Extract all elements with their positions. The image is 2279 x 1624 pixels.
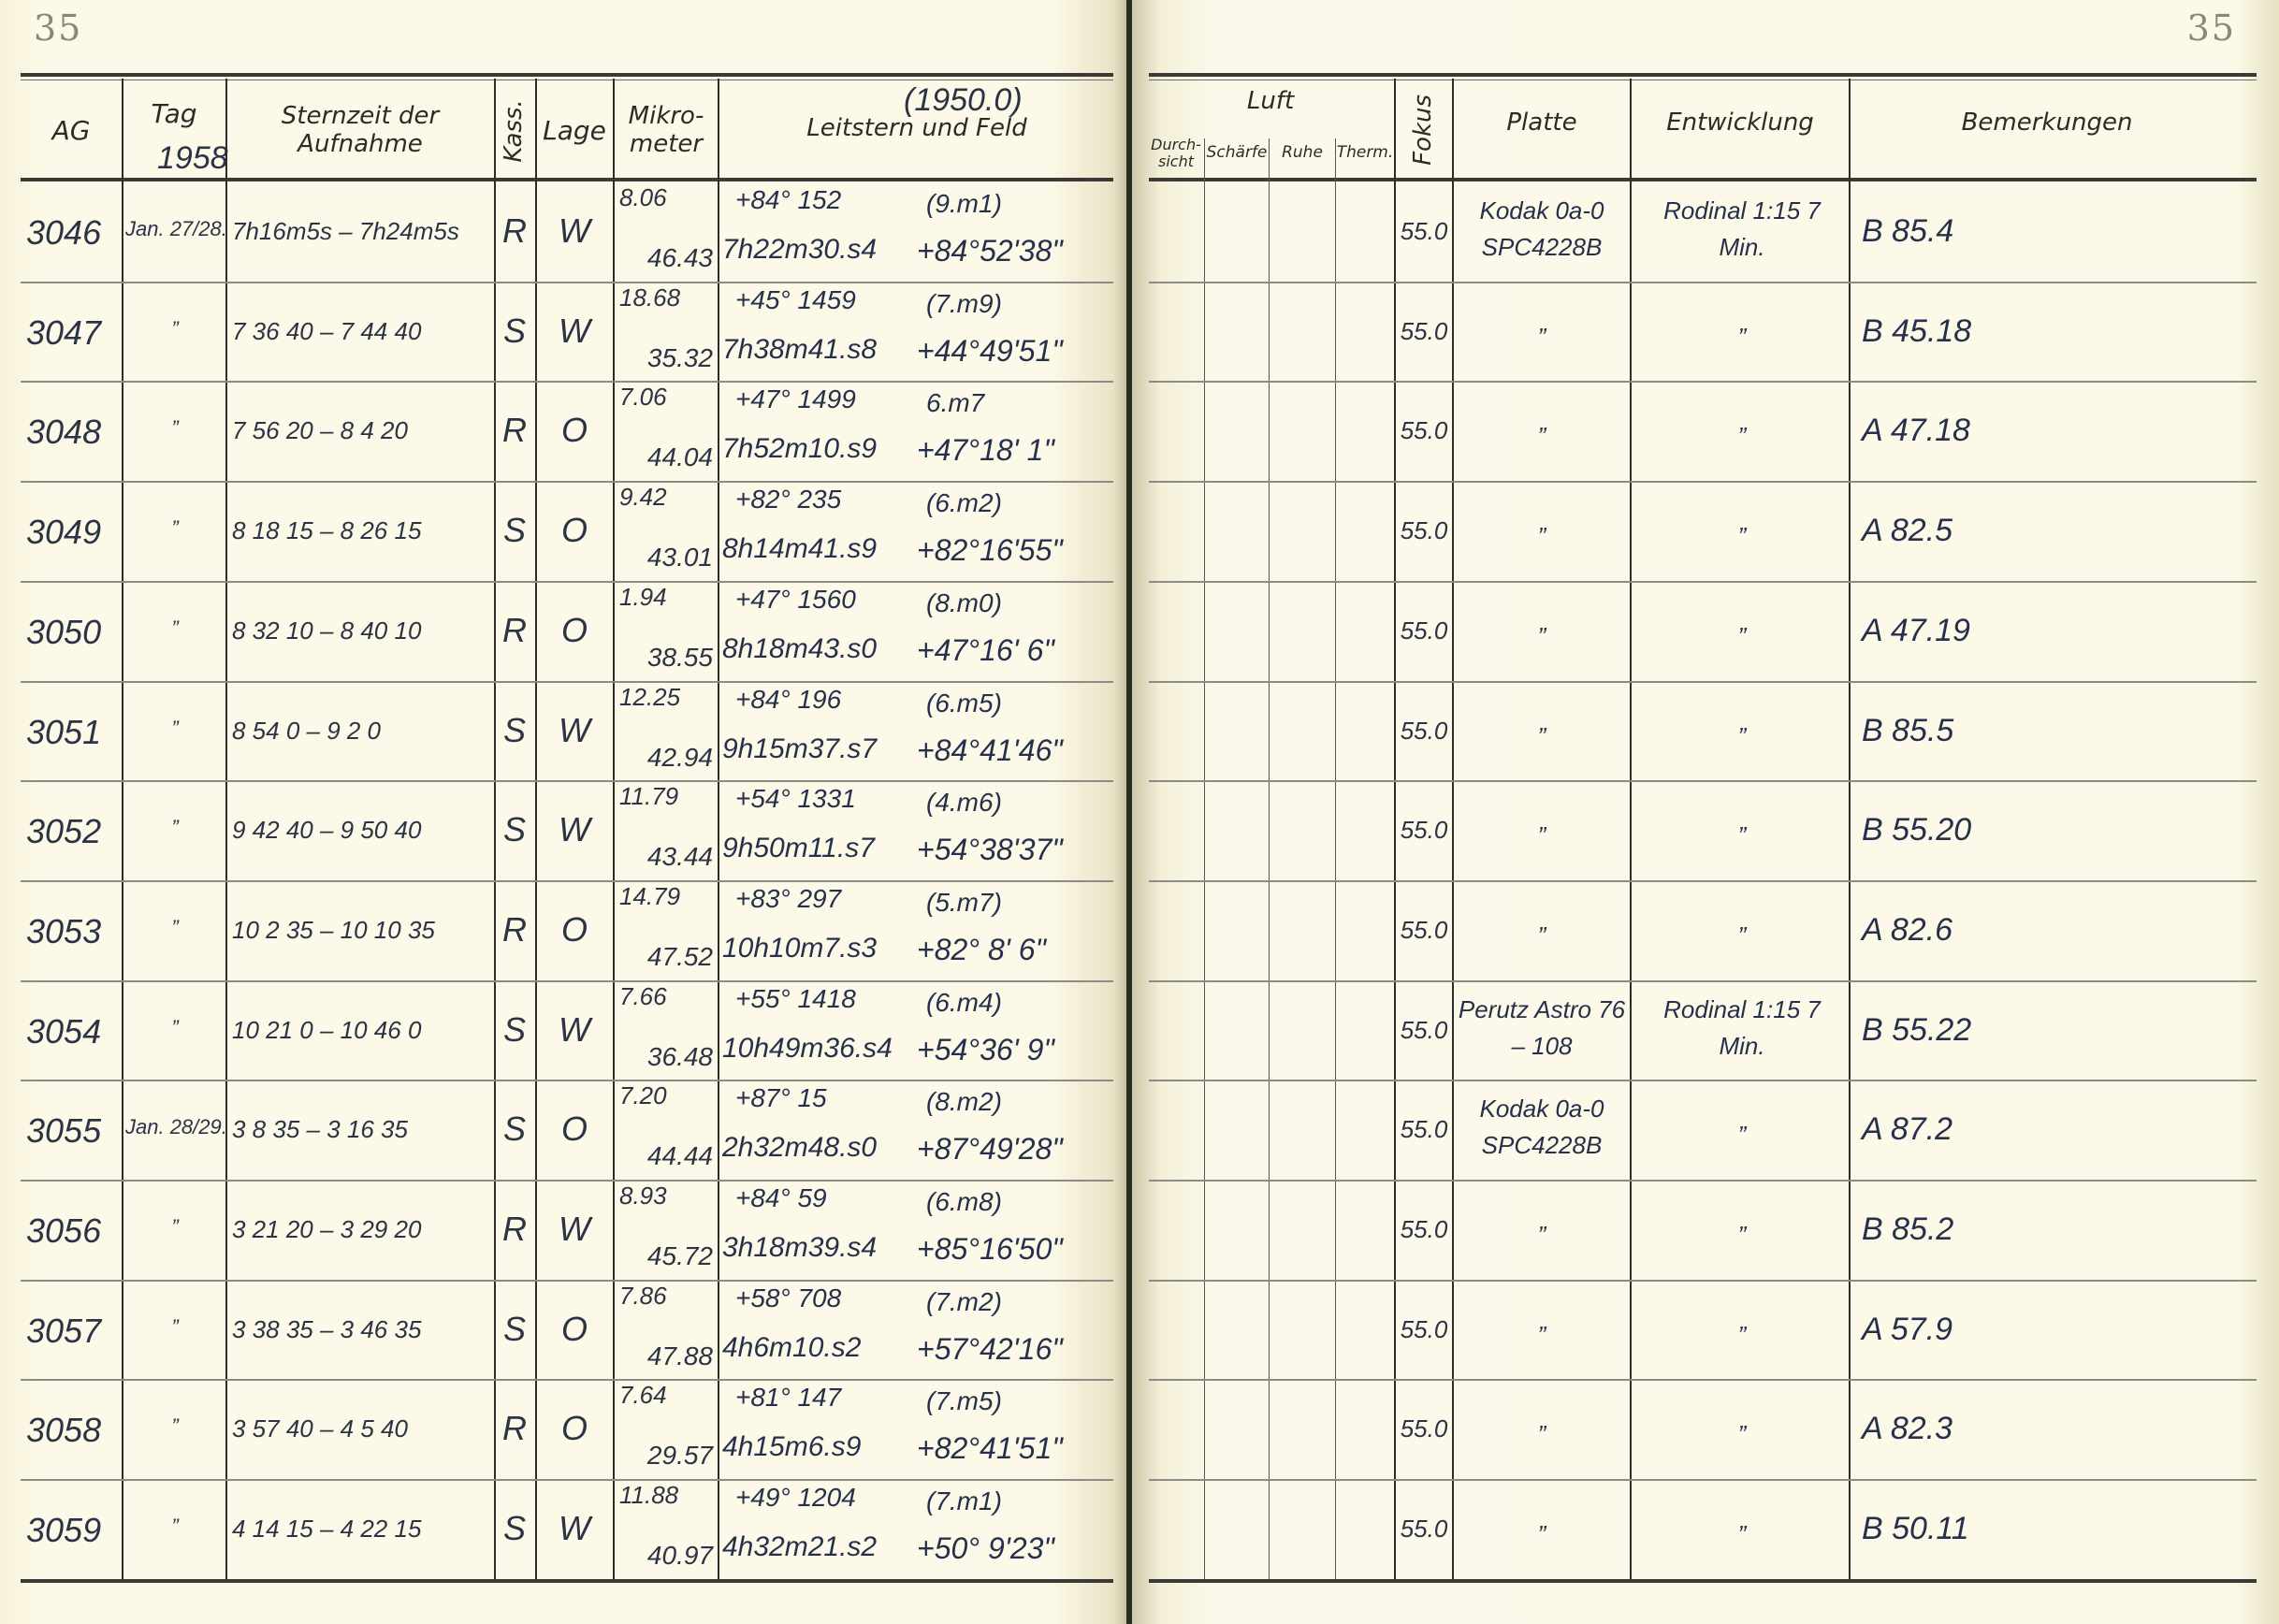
cell-leit-ra: 4h6m10.s2: [722, 1332, 861, 1364]
table-bottom-rule: [1149, 1579, 2257, 1583]
cell-kass: S: [496, 1109, 533, 1149]
cell-fokus: 55.0: [1396, 1515, 1452, 1544]
cell-lage: W: [537, 711, 612, 750]
cell-leit-dec: +85°16'50": [917, 1232, 1063, 1267]
cell-lage: O: [537, 611, 612, 650]
cell-ag: 3046: [26, 213, 120, 253]
col-divider: [718, 79, 719, 1581]
cell-platte: Perutz Astro 76 – 108: [1456, 992, 1628, 1065]
cell-sternzeit: 10 21 0 – 10 46 0: [232, 1016, 492, 1045]
cell-ag: 3049: [26, 513, 120, 552]
cell-tag: Jan. 27/28.: [125, 217, 225, 241]
cell-lage: W: [537, 211, 612, 251]
col-divider: [1630, 79, 1632, 1581]
left-page: 35 AG Tag 1958 Sternzeit der Aufnahme Ka…: [0, 0, 1126, 1624]
header-entwicklung: Entwicklung: [1632, 86, 1849, 161]
cell-leit-bd: +84° 59: [735, 1183, 827, 1213]
cell-tag: ”: [125, 1414, 225, 1439]
row-divider: [21, 1280, 1113, 1282]
cell-leit-bd: +55° 1418: [735, 984, 856, 1014]
row-divider: [21, 1080, 1113, 1081]
cell-leit-ra: 9h50m11.s7: [722, 833, 875, 864]
cell-leit-ra: 4h15m6.s9: [722, 1431, 861, 1463]
cell-leit-mag: (6.m8): [926, 1187, 1002, 1217]
row-divider: [21, 980, 1113, 982]
cell-lage: O: [537, 411, 612, 450]
cell-sternzeit: 7h16m5s – 7h24m5s: [232, 217, 492, 246]
row-divider: [1149, 481, 2257, 483]
header-mikrometer: Mikro- meter: [616, 86, 717, 176]
cell-bemerkungen: A 82.5: [1862, 513, 1952, 549]
row-divider: [21, 681, 1113, 683]
cell-kass: S: [496, 1509, 533, 1548]
cell-ag: 3052: [26, 812, 120, 851]
cell-mikro-bottom: 43.01: [634, 543, 713, 573]
header-fokus-label: Fokus: [1410, 94, 1438, 166]
cell-fokus: 55.0: [1396, 717, 1452, 746]
cell-ag: 3056: [26, 1211, 120, 1251]
cell-entwicklung: ”: [1637, 418, 1847, 455]
cell-lage: W: [537, 1509, 612, 1548]
cell-sternzeit: 3 21 20 – 3 29 20: [232, 1215, 492, 1244]
cell-mikro-bottom: 47.88: [634, 1341, 713, 1371]
header-sternzeit: Sternzeit der Aufnahme: [228, 86, 492, 176]
cell-sternzeit: 8 18 15 – 8 26 15: [232, 516, 492, 545]
row-divider: [1149, 282, 2257, 283]
row-divider: [21, 1180, 1113, 1182]
cell-bemerkungen: A 47.18: [1862, 413, 1970, 449]
cell-entwicklung: ”: [1637, 1317, 1847, 1354]
header-top-rule: [21, 73, 1113, 77]
row-divider: [21, 880, 1113, 882]
cell-mikro-top: 9.42: [619, 483, 667, 512]
cell-leit-bd: +49° 1204: [735, 1483, 856, 1513]
row-divider: [1149, 1180, 2257, 1182]
cell-mikro-bottom: 38.55: [634, 643, 713, 673]
row-divider: [1149, 381, 2257, 383]
cell-sternzeit: 10 2 35 – 10 10 35: [232, 916, 492, 945]
cell-entwicklung: ”: [1637, 1217, 1847, 1254]
cell-platte: ”: [1456, 1217, 1628, 1254]
cell-ag: 3048: [26, 413, 120, 452]
col-divider: [1849, 79, 1851, 1581]
cell-leit-dec: +44°49'51": [917, 334, 1063, 369]
cell-kass: R: [496, 611, 533, 650]
cell-platte: ”: [1456, 319, 1628, 355]
cell-leit-mag: (8.m2): [926, 1087, 1002, 1117]
cell-leit-dec: +84°52'38": [917, 234, 1063, 268]
cell-leit-ra: 7h22m30.s4: [722, 234, 877, 266]
cell-lage: O: [537, 1409, 612, 1448]
cell-leit-ra: 10h10m7.s3: [722, 933, 877, 964]
right-page: 35 Luft Durch- sicht Schärfe Ruhe Therm.…: [1132, 0, 2279, 1624]
header-fokus: Fokus: [1396, 84, 1452, 176]
cell-leit-ra: 8h18m43.s0: [722, 633, 877, 665]
cell-lage: O: [537, 910, 612, 950]
cell-kass: R: [496, 211, 533, 251]
col-divider: [1452, 79, 1454, 1581]
cell-kass: S: [496, 511, 533, 550]
cell-leit-mag: (6.m4): [926, 988, 1002, 1018]
cell-bemerkungen: B 45.18: [1862, 313, 1971, 350]
cell-kass: S: [496, 1010, 533, 1050]
cell-leit-bd: +84° 196: [735, 685, 841, 715]
row-divider: [1149, 681, 2257, 683]
cell-leit-dec: +82° 8' 6": [917, 933, 1046, 967]
cell-leit-ra: 10h49m36.s4: [722, 1033, 893, 1065]
cell-lage: W: [537, 312, 612, 351]
header-bottom-rule: [1149, 178, 2257, 181]
cell-platte: ”: [1456, 1516, 1628, 1553]
cell-fokus: 55.0: [1396, 1315, 1452, 1344]
cell-leit-bd: +81° 147: [735, 1383, 841, 1413]
header-bottom-rule: [21, 178, 1113, 181]
header-epoch: (1950.0): [904, 82, 1023, 119]
cell-sternzeit: 3 8 35 – 3 16 35: [232, 1115, 492, 1144]
cell-platte: ”: [1456, 618, 1628, 655]
cell-leit-mag: (9.m1): [926, 189, 1002, 219]
cell-sternzeit: 7 36 40 – 7 44 40: [232, 317, 492, 346]
header-ruhe: Ruhe: [1270, 129, 1334, 178]
cell-platte: ”: [1456, 818, 1628, 854]
header-platte: Platte: [1454, 86, 1630, 161]
cell-entwicklung: ”: [1637, 818, 1847, 854]
cell-kass: S: [496, 810, 533, 849]
cell-mikro-top: 11.88: [619, 1481, 678, 1510]
cell-bemerkungen: B 85.2: [1862, 1211, 1953, 1248]
cell-mikro-top: 14.79: [619, 882, 680, 911]
cell-mikro-top: 18.68: [619, 283, 680, 312]
cell-fokus: 55.0: [1396, 916, 1452, 945]
cell-entwicklung: Rodinal 1:15 7 Min.: [1637, 193, 1847, 266]
header-ag: AG: [21, 86, 122, 176]
cell-bemerkungen: B 55.22: [1862, 1012, 1971, 1049]
cell-leit-ra: 8h14m41.s9: [722, 533, 877, 565]
cell-tag: ”: [125, 317, 225, 341]
cell-leit-ra: 7h38m41.s8: [722, 334, 877, 366]
cell-ag: 3050: [26, 613, 120, 652]
cell-kass: S: [496, 1310, 533, 1349]
cell-leit-mag: (7.m9): [926, 289, 1002, 319]
cell-kass: R: [496, 1409, 533, 1448]
cell-leit-mag: (4.m6): [926, 788, 1002, 818]
cell-mikro-bottom: 45.72: [634, 1241, 713, 1271]
cell-mikro-bottom: 40.97: [634, 1541, 713, 1571]
cell-ag: 3051: [26, 713, 120, 752]
col-divider: [613, 79, 615, 1581]
cell-mikro-bottom: 46.43: [634, 243, 713, 273]
cell-bemerkungen: B 85.4: [1862, 213, 1953, 250]
cell-leit-dec: +87°49'28": [917, 1132, 1063, 1167]
row-divider: [1149, 780, 2257, 782]
cell-leit-bd: +54° 1331: [735, 784, 856, 814]
cell-ag: 3047: [26, 313, 120, 353]
cell-lage: O: [537, 511, 612, 550]
cell-leit-bd: +87° 15: [735, 1083, 827, 1113]
cell-lage: W: [537, 810, 612, 849]
cell-sternzeit: 7 56 20 – 8 4 20: [232, 416, 492, 445]
cell-entwicklung: ”: [1637, 1117, 1847, 1153]
cell-mikro-bottom: 43.44: [634, 842, 713, 872]
cell-mikro-top: 7.06: [619, 383, 667, 412]
cell-leit-dec: +47°18' 1": [917, 433, 1054, 468]
cell-leit-bd: +84° 152: [735, 185, 841, 215]
cell-leit-dec: +84°41'46": [917, 733, 1063, 768]
row-divider: [1149, 1379, 2257, 1381]
cell-fokus: 55.0: [1396, 1115, 1452, 1144]
cell-bemerkungen: A 87.2: [1862, 1111, 1952, 1148]
header-tag-year: 1958: [157, 140, 228, 177]
row-divider: [21, 780, 1113, 782]
row-divider: [1149, 1080, 2257, 1081]
cell-lage: W: [537, 1010, 612, 1050]
cell-mikro-top: 12.25: [619, 683, 680, 712]
cell-leit-mag: (6.m2): [926, 488, 1002, 518]
cell-kass: R: [496, 910, 533, 950]
cell-fokus: 55.0: [1396, 1414, 1452, 1443]
row-divider: [21, 481, 1113, 483]
cell-sternzeit: 3 57 40 – 4 5 40: [232, 1414, 492, 1443]
cell-mikro-top: 8.06: [619, 183, 667, 212]
cell-leit-mag: (7.m5): [926, 1386, 1002, 1416]
cell-mikro-top: 8.93: [619, 1182, 667, 1211]
cell-tag: ”: [125, 816, 225, 840]
cell-bemerkungen: A 82.6: [1862, 912, 1952, 949]
header-top-rule: [1149, 73, 2257, 77]
header-kass-label: Kass.: [501, 99, 529, 162]
cell-fokus: 55.0: [1396, 217, 1452, 246]
header-kass: Kass.: [496, 86, 533, 176]
row-divider: [1149, 581, 2257, 583]
cell-entwicklung: ”: [1637, 1516, 1847, 1553]
cell-platte: ”: [1456, 718, 1628, 755]
cell-entwicklung: ”: [1637, 518, 1847, 555]
cell-mikro-top: 7.86: [619, 1282, 667, 1311]
cell-fokus: 55.0: [1396, 816, 1452, 845]
cell-ag: 3059: [26, 1511, 120, 1550]
cell-ag: 3055: [26, 1111, 120, 1151]
header-durchsicht: Durch- sicht: [1149, 129, 1203, 178]
col-divider: [1269, 138, 1270, 1581]
cell-leit-bd: +83° 297: [735, 884, 841, 914]
cell-fokus: 55.0: [1396, 1215, 1452, 1244]
header-tag: Tag: [123, 86, 225, 142]
cell-bemerkungen: B 50.11: [1862, 1511, 1969, 1547]
cell-kass: S: [496, 711, 533, 750]
cell-mikro-top: 11.79: [619, 782, 678, 811]
cell-fokus: 55.0: [1396, 416, 1452, 445]
cell-kass: S: [496, 312, 533, 351]
cell-ag: 3054: [26, 1012, 120, 1051]
cell-lage: O: [537, 1109, 612, 1149]
cell-mikro-bottom: 42.94: [634, 743, 713, 773]
cell-leit-dec: +82°16'55": [917, 533, 1063, 568]
col-divider: [1204, 138, 1205, 1581]
cell-sternzeit: 3 38 35 – 3 46 35: [232, 1315, 492, 1344]
row-divider: [21, 1479, 1113, 1481]
cell-ag: 3058: [26, 1411, 120, 1450]
cell-bemerkungen: A 57.9: [1862, 1312, 1952, 1348]
cell-leit-dec: +57°42'16": [917, 1332, 1063, 1367]
cell-leit-bd: +45° 1459: [735, 285, 856, 315]
cell-mikro-top: 7.64: [619, 1381, 667, 1410]
cell-platte: Kodak 0a-0 SPC4228B: [1456, 193, 1628, 266]
cell-tag: ”: [125, 1215, 225, 1240]
cell-bemerkungen: A 47.19: [1862, 613, 1970, 649]
cell-mikro-bottom: 47.52: [634, 942, 713, 972]
cell-mikro-top: 1.94: [619, 583, 667, 612]
cell-entwicklung: ”: [1637, 918, 1847, 954]
header-bemerkungen: Bemerkungen: [1851, 86, 2243, 161]
cell-mikro-top: 7.20: [619, 1081, 667, 1110]
row-divider: [1149, 880, 2257, 882]
cell-fokus: 55.0: [1396, 616, 1452, 645]
cell-leit-dec: +82°41'51": [917, 1431, 1063, 1466]
cell-tag: ”: [125, 717, 225, 741]
cell-leit-ra: 7h52m10.s9: [722, 433, 877, 465]
col-divider: [1335, 138, 1336, 1581]
cell-bemerkungen: B 85.5: [1862, 713, 1953, 749]
cell-leit-dec: +47°16' 6": [917, 633, 1054, 668]
cell-sternzeit: 8 32 10 – 8 40 10: [232, 616, 492, 645]
cell-fokus: 55.0: [1396, 317, 1452, 346]
cell-leit-mag: (7.m2): [926, 1287, 1002, 1317]
cell-platte: Kodak 0a-0 SPC4228B: [1456, 1091, 1628, 1164]
cell-leit-ra: 4h32m21.s2: [722, 1531, 877, 1563]
header-schaerfe: Schärfe: [1205, 129, 1269, 178]
cell-sternzeit: 8 54 0 – 9 2 0: [232, 717, 492, 746]
cell-tag: ”: [125, 1315, 225, 1340]
cell-bemerkungen: A 82.3: [1862, 1411, 1952, 1447]
col-divider: [122, 79, 123, 1581]
row-divider: [21, 581, 1113, 583]
cell-mikro-bottom: 36.48: [634, 1042, 713, 1072]
cell-entwicklung: ”: [1637, 319, 1847, 355]
cell-leit-ra: 2h32m48.s0: [722, 1132, 877, 1164]
cell-mikro-bottom: 44.44: [634, 1141, 713, 1171]
cell-leit-ra: 9h15m37.s7: [722, 733, 877, 765]
table-bottom-rule: [21, 1579, 1113, 1583]
cell-tag: ”: [125, 1515, 225, 1539]
row-divider: [21, 381, 1113, 383]
cell-leit-mag: (5.m7): [926, 888, 1002, 918]
cell-lage: O: [537, 1310, 612, 1349]
cell-entwicklung: ”: [1637, 618, 1847, 655]
cell-bemerkungen: B 55.20: [1862, 812, 1971, 848]
page-number-right: 35: [2187, 7, 2236, 49]
row-divider: [21, 1379, 1113, 1381]
page-number-left: 35: [34, 7, 82, 49]
row-divider: [1149, 1479, 2257, 1481]
cell-platte: ”: [1456, 418, 1628, 455]
cell-lage: W: [537, 1210, 612, 1249]
cell-entwicklung: ”: [1637, 718, 1847, 755]
cell-leit-bd: +82° 235: [735, 485, 841, 515]
header-top-rule-thin: [21, 80, 1113, 80]
cell-leit-bd: +58° 708: [735, 1283, 841, 1313]
cell-platte: ”: [1456, 518, 1628, 555]
cell-fokus: 55.0: [1396, 516, 1452, 545]
cell-leit-ra: 3h18m39.s4: [722, 1232, 877, 1264]
header-therm: Therm.: [1336, 129, 1394, 178]
cell-entwicklung: ”: [1637, 1416, 1847, 1453]
header-luft: Luft: [1149, 82, 1392, 122]
header-top-rule-thin: [1149, 80, 2257, 80]
cell-platte: ”: [1456, 1416, 1628, 1453]
col-divider: [225, 79, 227, 1581]
cell-leit-mag: (8.m0): [926, 588, 1002, 618]
cell-kass: R: [496, 1210, 533, 1249]
cell-mikro-bottom: 35.32: [634, 343, 713, 373]
cell-leit-mag: (7.m1): [926, 1486, 1002, 1516]
cell-sternzeit: 9 42 40 – 9 50 40: [232, 816, 492, 845]
cell-leit-dec: +54°36' 9": [917, 1033, 1054, 1067]
header-lage: Lage: [537, 86, 612, 176]
cell-ag: 3057: [26, 1312, 120, 1351]
row-divider: [21, 282, 1113, 283]
cell-tag: ”: [125, 616, 225, 641]
cell-ag: 3053: [26, 912, 120, 951]
cell-tag: ”: [125, 916, 225, 940]
cell-leit-dec: +50° 9'23": [917, 1531, 1054, 1566]
cell-leit-mag: 6.m7: [926, 388, 984, 418]
cell-mikro-bottom: 44.04: [634, 442, 713, 472]
cell-mikro-bottom: 29.57: [634, 1441, 713, 1471]
cell-sternzeit: 4 14 15 – 4 22 15: [232, 1515, 492, 1544]
cell-leit-dec: +54°38'37": [917, 833, 1063, 867]
row-divider: [1149, 1280, 2257, 1282]
cell-platte: ”: [1456, 918, 1628, 954]
cell-tag: ”: [125, 416, 225, 441]
row-divider: [1149, 980, 2257, 982]
cell-tag: ”: [125, 516, 225, 541]
cell-mikro-top: 7.66: [619, 982, 667, 1011]
cell-leit-bd: +47° 1499: [735, 384, 856, 414]
cell-fokus: 55.0: [1396, 1016, 1452, 1045]
cell-leit-mag: (6.m5): [926, 689, 1002, 718]
cell-entwicklung: Rodinal 1:15 7 Min.: [1637, 992, 1847, 1065]
cell-tag: Jan. 28/29.: [125, 1115, 225, 1139]
cell-leit-bd: +47° 1560: [735, 585, 856, 615]
cell-platte: ”: [1456, 1317, 1628, 1354]
cell-tag: ”: [125, 1016, 225, 1040]
cell-kass: R: [496, 411, 533, 450]
